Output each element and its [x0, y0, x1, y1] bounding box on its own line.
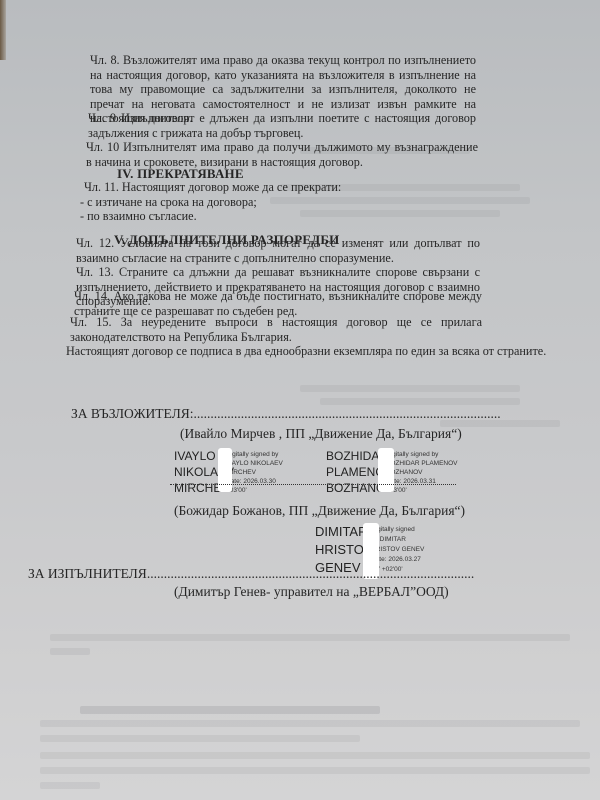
assignor-label: ЗА ВЪЗЛОЖИТЕЛЯ:.........................…	[71, 406, 501, 422]
article-9: Чл. 9 Изпълнителят е длъжен да изпълни п…	[88, 111, 476, 140]
page-edge-shadow	[0, 0, 6, 60]
article-10: Чл. 10 Изпълнителят има право да получи …	[86, 140, 478, 169]
contractor-name: (Димитър Генев- управител на „ВЕРБАЛ”ООД…	[174, 584, 449, 600]
article-11-item-2: - по взаимно съгласие.	[80, 209, 197, 224]
article-12: Чл. 12. Условията на този договор могат …	[76, 236, 480, 265]
article-11-item-1: - с изтичане на срока на договора;	[80, 195, 257, 210]
article-11: Чл. 11. Настоящият договор може да се пр…	[84, 180, 341, 195]
assignor-signature-line	[170, 484, 456, 485]
article-15: Чл. 15. За неуредените въпроси в настоящ…	[70, 315, 482, 344]
closing-clause: Настоящият договор се подписа в два едно…	[66, 344, 546, 359]
digital-signature-bozhidar: BOZHIDAR PLAMENOV BOZHANOV Digitally sig…	[326, 448, 466, 494]
assignor-name-bozhidar: (Божидар Божанов, ПП „Движение Да, Бълга…	[174, 503, 465, 519]
contractor-label: ЗА ИЗПЪЛНИТЕЛЯ..........................…	[28, 566, 474, 582]
digital-signature-ivaylo: IVAYLO NIKOLAEV MIRCHEV Digitally signed…	[174, 448, 304, 494]
redaction-mask	[218, 448, 232, 492]
redaction-mask	[378, 448, 394, 492]
article-14: Чл. 14. Ако такова не може да бъде пости…	[74, 289, 482, 318]
assignor-name-ivaylo: (Ивайло Мирчев , ПП „Движение Да, Българ…	[180, 426, 462, 442]
